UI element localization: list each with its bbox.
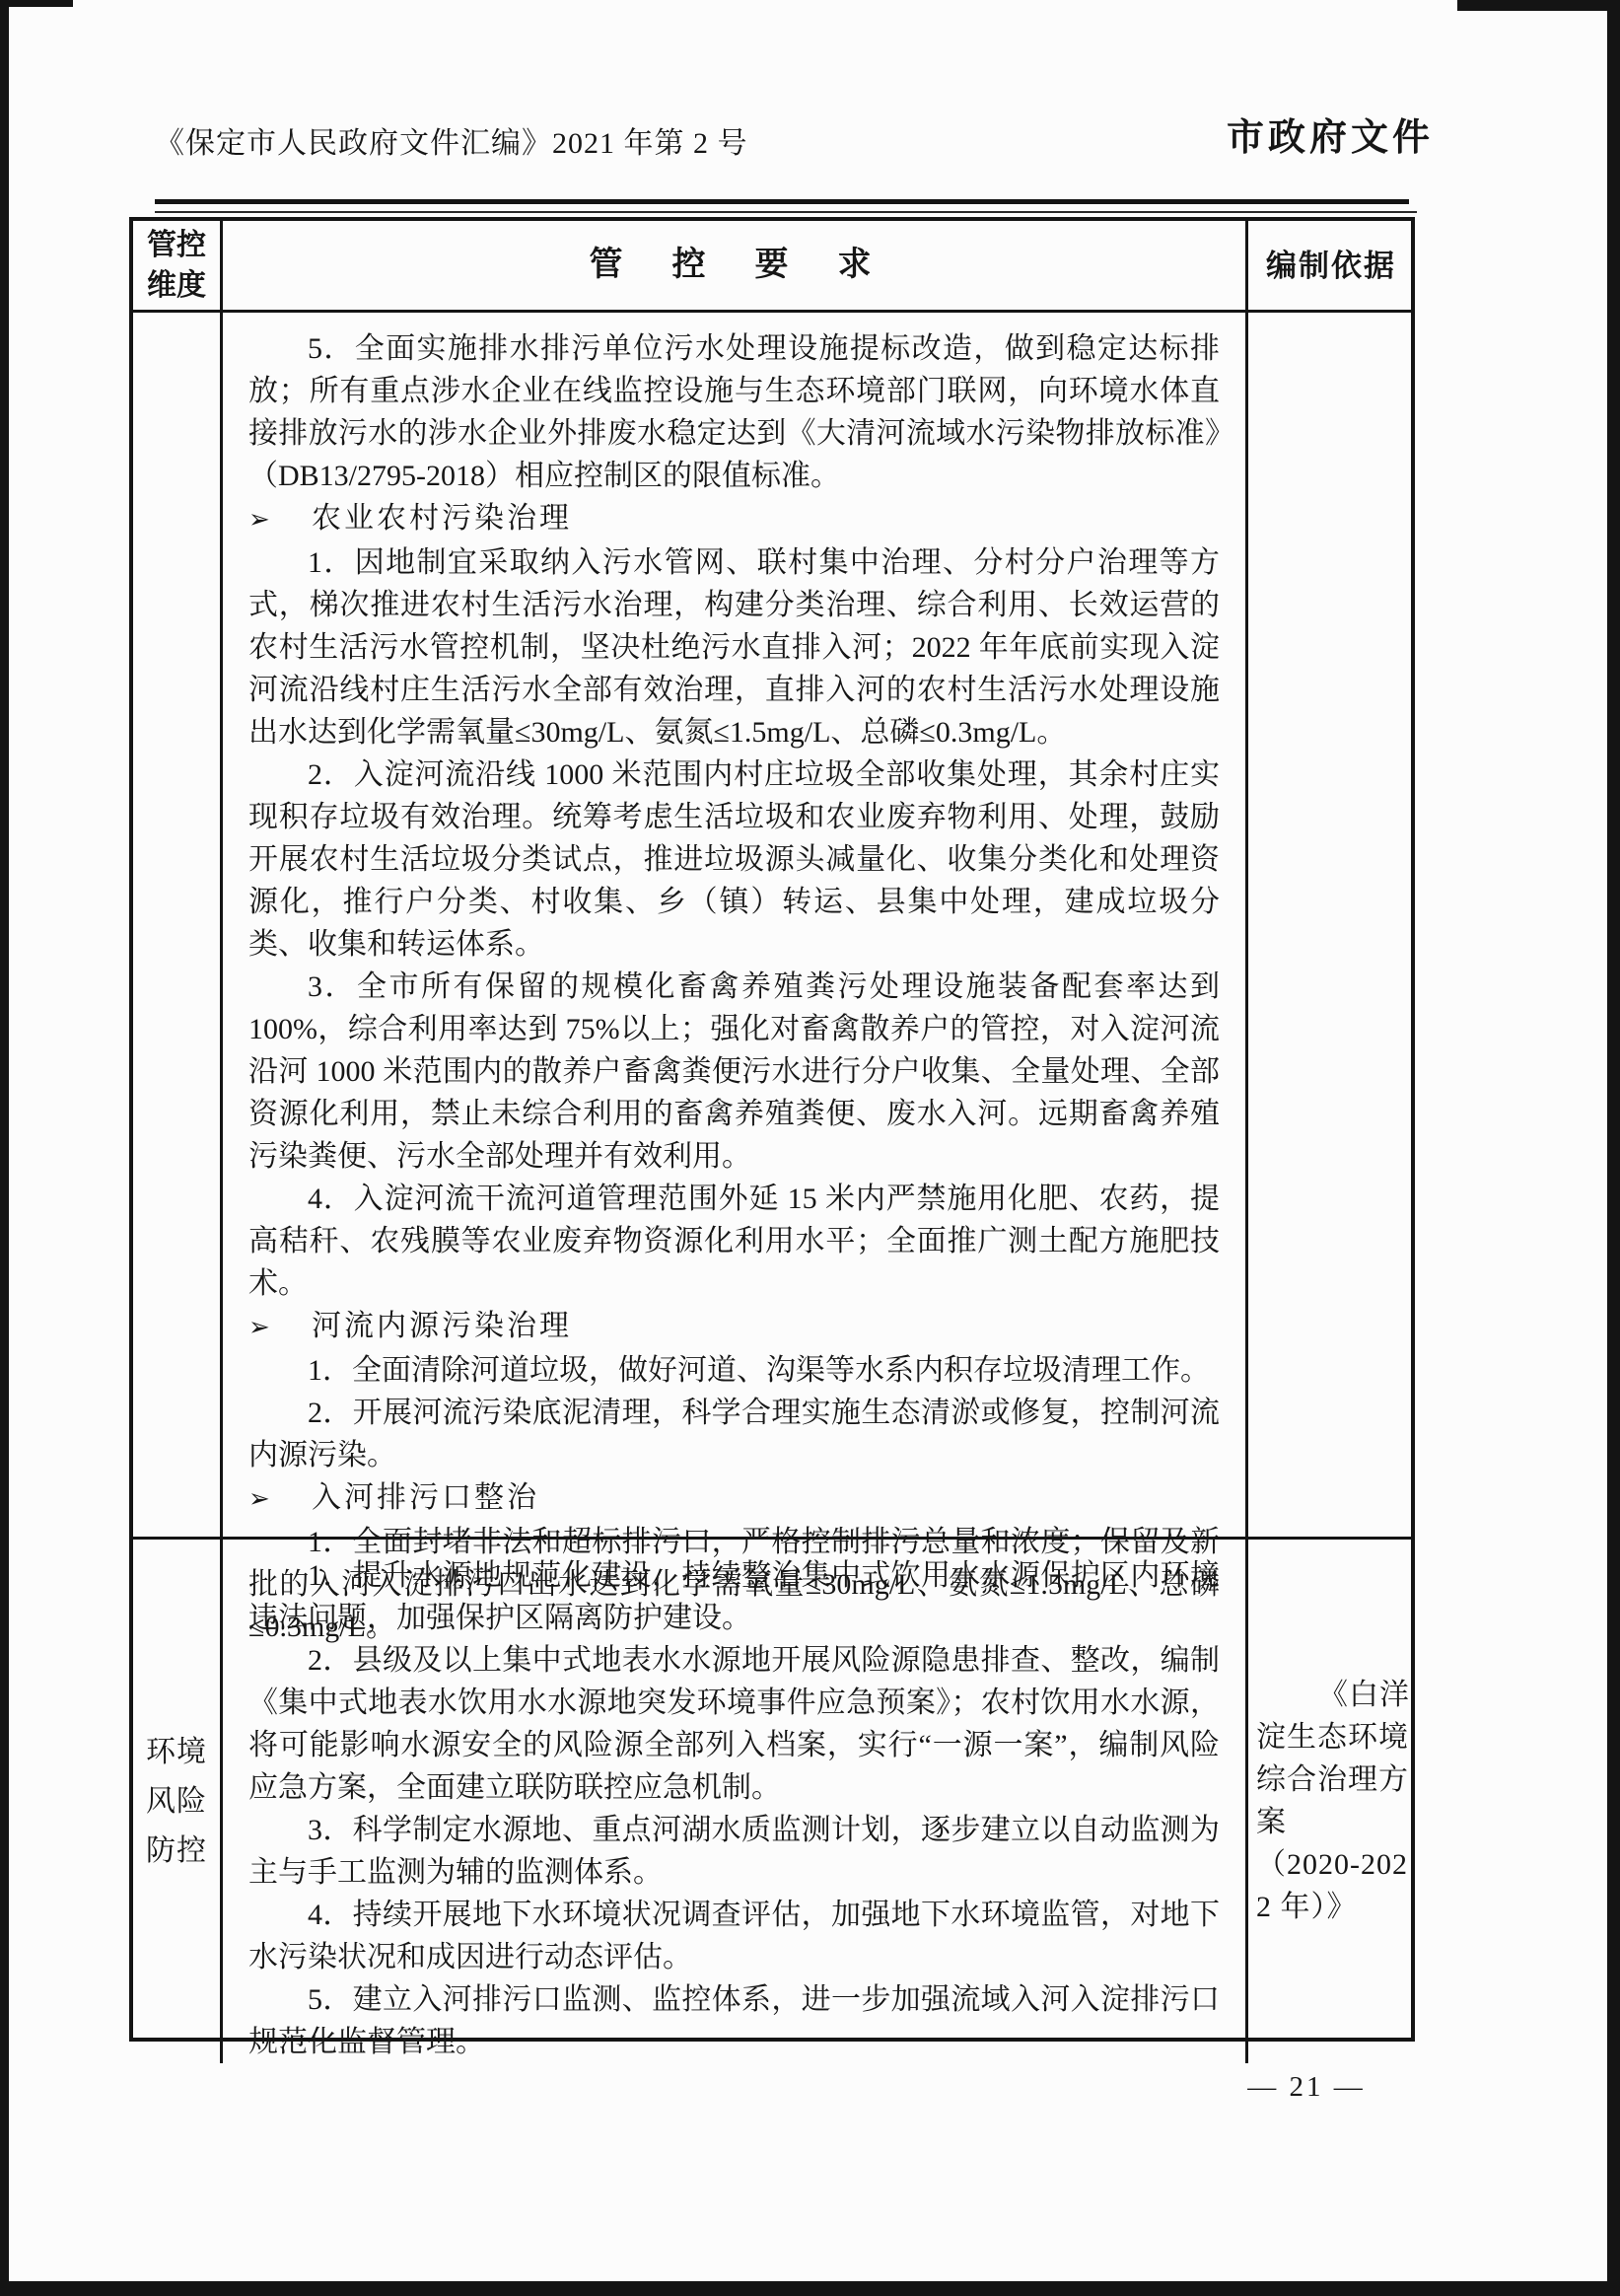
table-header-dimension-line1: 管控 xyxy=(147,225,206,265)
requirement-paragraph: 5．建立入河排污口监测、监控体系，进一步加强流域入河入淀排污口规范化监督管理。 xyxy=(248,1978,1220,2063)
basis-text-line: 综合治理方 xyxy=(1256,1758,1410,1801)
basis-text-line: 《白洋 xyxy=(1256,1674,1410,1716)
row1-basis-cell xyxy=(1248,313,1414,1540)
requirement-paragraph: 1．全面清除河道垃圾，做好河道、沟渠等水系内积存垃圾清理工作。 xyxy=(248,1349,1220,1392)
requirement-paragraph: 2．开展河流污染底泥清理，科学合理实施生态清淤或修复，控制河流内源污染。 xyxy=(248,1392,1220,1476)
row1-requirement-cell: 5．全面实施排水排污单位污水处理设施提标改造，做到稳定达标排放；所有重点涉水企业… xyxy=(223,313,1248,1540)
row1-dimension-cell xyxy=(133,313,223,1540)
table-header-requirement-label: 管 控 要 求 xyxy=(590,249,880,282)
requirement-paragraph: 3．全市所有保留的规模化畜禽养殖粪污处理设施装备配套率达到 100%，综合利用率… xyxy=(248,966,1220,1178)
scan-edge-topright xyxy=(1457,0,1620,11)
header-rule-thick xyxy=(155,199,1409,204)
arrow-bullet-icon: ➢ xyxy=(248,499,312,541)
dimension-label-line: 环境 xyxy=(146,1728,207,1777)
dimension-label-line: 防控 xyxy=(146,1827,207,1876)
table-header-basis-label: 编制依据 xyxy=(1266,246,1396,286)
requirement-paragraph: 5．全面实施排水排污单位污水处理设施提标改造，做到稳定达标排放；所有重点涉水企业… xyxy=(248,327,1220,497)
requirement-paragraph: 4．入淀河流干流河道管理范围外延 15 米内严禁施用化肥、农药，提高秸秆、农残膜… xyxy=(248,1178,1220,1305)
control-requirements-table: 管控 维度 管 控 要 求 编制依据 5．全面实施排水排污单位污水处理设施提标改… xyxy=(129,217,1415,2042)
scan-edge-topleft xyxy=(0,0,73,7)
bullet-label: 入河排污口整治 xyxy=(312,1481,539,1514)
requirement-paragraph: 4．持续开展地下水环境状况调查评估，加强地下水环境监管，对地下水污染状况和成因进… xyxy=(248,1894,1220,1978)
table-header-basis: 编制依据 xyxy=(1248,221,1414,313)
table-header-dimension-line2: 维度 xyxy=(147,265,206,306)
bullet-label: 河流内源污染治理 xyxy=(312,1310,572,1342)
arrow-bullet-icon: ➢ xyxy=(248,1478,312,1521)
basis-text-line: （2020-202 xyxy=(1256,1843,1410,1886)
bullet-label: 农业农村污染治理 xyxy=(312,502,572,535)
running-header-right: 市政府文件 xyxy=(1227,107,1434,161)
row2-basis-cell: 《白洋 淀生态环境 综合治理方 案 （2020-202 2 年）》 xyxy=(1248,1540,1414,2063)
running-header-left: 《保定市人民政府文件汇编》2021 年第 2 号 xyxy=(155,118,748,162)
arrow-bullet-icon: ➢ xyxy=(248,1307,312,1349)
requirement-paragraph: 1．提升水源地规范化建设，持续整治集中式饮用水水源保护区内环境违法问题，加强保护… xyxy=(248,1554,1220,1639)
requirement-bullet: ➢入河排污口整治 xyxy=(248,1476,1220,1521)
dimension-label-line: 风险 xyxy=(146,1777,207,1827)
requirement-bullet: ➢农业农村污染治理 xyxy=(248,497,1220,541)
header-rule-thin xyxy=(155,211,1417,213)
basis-text-line: 淀生态环境 xyxy=(1256,1716,1410,1758)
scan-edge-right xyxy=(1607,0,1620,2296)
requirement-paragraph: 2．入淀河流沿线 1000 米范围内村庄垃圾全部收集处理，其余村庄实现积存垃圾有… xyxy=(248,753,1220,966)
requirement-bullet: ➢河流内源污染治理 xyxy=(248,1305,1220,1349)
basis-text-line: 2 年）》 xyxy=(1256,1886,1410,1928)
row2-dimension-cell: 环境 风险 防控 xyxy=(133,1540,223,2063)
table-header-requirement: 管 控 要 求 xyxy=(223,221,1248,313)
row2-requirement-cell: 1．提升水源地规范化建设，持续整治集中式饮用水水源保护区内环境违法问题，加强保护… xyxy=(223,1540,1248,2063)
scan-edge-bottom xyxy=(0,2281,1620,2296)
document-page: 《保定市人民政府文件汇编》2021 年第 2 号 市政府文件 管控 维度 管 控… xyxy=(0,0,1620,2296)
table-header-dimension: 管控 维度 xyxy=(133,221,223,313)
requirement-paragraph: 2．县级及以上集中式地表水水源地开展风险源隐患排查、整改，编制《集中式地表水饮用… xyxy=(248,1639,1220,1809)
page-number: — 21 — xyxy=(1223,2071,1390,2104)
requirement-paragraph: 1．因地制宜采取纳入污水管网、联村集中治理、分村分户治理等方式，梯次推进农村生活… xyxy=(248,541,1220,753)
requirement-paragraph: 3．科学制定水源地、重点河湖水质监测计划，逐步建立以自动监测为主与手工监测为辅的… xyxy=(248,1809,1220,1894)
scan-edge-left xyxy=(0,0,9,2296)
basis-text-line: 案 xyxy=(1256,1801,1410,1843)
